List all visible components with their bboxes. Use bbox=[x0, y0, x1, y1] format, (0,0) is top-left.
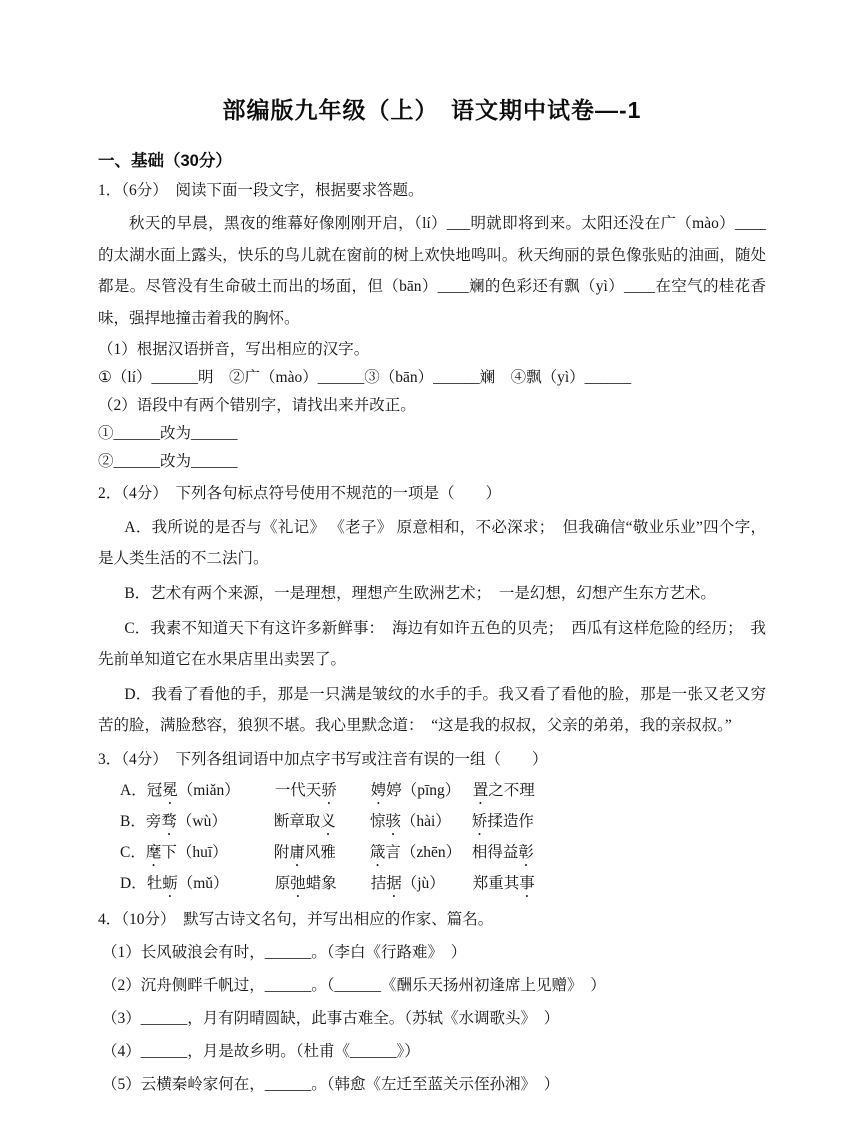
emphasis-dot-char: 置 bbox=[473, 782, 489, 799]
emphasis-dot-char: 事 bbox=[519, 875, 535, 892]
q3-row-b-label: B． bbox=[120, 808, 146, 839]
exam-paper-page: 部编版九年级（上） 语文期中试卷—-1 一、基础（30分） 1．（6分） 阅读下… bbox=[0, 0, 866, 1122]
q1-passage: 秋天的早晨，黑夜的维幕好像刚刚开启，（lí）___明就即将到来。太阳还没在广（m… bbox=[98, 208, 766, 334]
q1-sub2-blank-1: ①______改为______ bbox=[98, 420, 766, 447]
q3-row-c: C． 麾下（huī） 附庸风雅 箴言（zhēn） 相得益彰 bbox=[98, 839, 766, 870]
q3-row-a: A． 冠冕（miǎn） 一代天骄 娉婷（pīng） 置之不理 bbox=[98, 777, 766, 808]
emphasis-dot-char: 据 bbox=[386, 875, 402, 892]
q3-row-a-label: A． bbox=[120, 777, 147, 808]
emphasis-dot-char: 骄 bbox=[321, 782, 337, 799]
emphasis-dot-char: 娉 bbox=[371, 782, 387, 799]
q4-item-5: （5）云横秦岭家何在，______。（韩愈《左迁至蓝关示侄孙湘》 ） bbox=[98, 1069, 766, 1101]
q3-row-c-word-3: 箴言（zhēn） bbox=[370, 839, 472, 870]
q1-sub2-prompt: （2）语段中有两个错别字，请找出来并改正。 bbox=[98, 392, 766, 419]
q3-row-d-label: D． bbox=[120, 870, 147, 901]
q3-row-c-word-4: 相得益彰 bbox=[472, 839, 534, 870]
q3-row-a-word-2: 一代天骄 bbox=[275, 777, 371, 808]
q4-item-1: （1）长风破浪会有时，______。（李白《行路难》 ） bbox=[98, 937, 766, 969]
emphasis-dot-char: 箴 bbox=[370, 844, 386, 861]
page-title: 部编版九年级（上） 语文期中试卷—-1 bbox=[98, 92, 766, 125]
q2-option-a: A．我所说的是否与《礼记》 《老子》 原意相和，不必深求； 但我确信“敬业乐业”… bbox=[98, 512, 766, 574]
emphasis-dot-char: 义 bbox=[320, 813, 336, 830]
emphasis-dot-char: 冕 bbox=[162, 782, 178, 799]
q1-sub1-prompt: （1）根据汉语拼音，写出相应的汉字。 bbox=[98, 336, 766, 363]
q3-stem: 3．（4分） 下列各组词语中加点字书写或注音有误的一组（ ） bbox=[98, 746, 766, 774]
emphasis-dot-char: 彰 bbox=[518, 844, 534, 861]
q3-row-d-word-1: 牡蛎（mǔ） bbox=[147, 870, 275, 901]
q3-row-b-word-1: 旁骛（wù） bbox=[146, 808, 274, 839]
q3-row-b-word-2: 断章取义 bbox=[274, 808, 370, 839]
emphasis-dot-char: 蛎 bbox=[162, 875, 178, 892]
emphasis-dot-char: 麾 bbox=[146, 844, 162, 861]
q1-sub2-blank-2: ②______改为______ bbox=[98, 448, 766, 475]
q2-option-d: D．我看了看他的手，那是一只满是皱纹的水手的手。我又看了看他的脸，那是一张又老又… bbox=[98, 679, 766, 741]
q3-row-d-word-2: 原弛蜡象 bbox=[275, 870, 371, 901]
q1-sub1-blanks: ①（lí）______明 ②广（mào）______③（bān）______斓 … bbox=[98, 364, 766, 391]
q3-row-b-word-3: 惊骇（hài） bbox=[370, 808, 472, 839]
emphasis-dot-char: 弛 bbox=[290, 875, 306, 892]
q2-stem: 2．（4分） 下列各句标点符号使用不规范的一项是（ ） bbox=[98, 480, 766, 508]
q3-row-d-word-3: 拮据（jù） bbox=[371, 870, 473, 901]
q3-row-d: D． 牡蛎（mǔ） 原弛蜡象 拮据（jù） 郑重其事 bbox=[98, 870, 766, 901]
q4-item-3: （3）______，月有阴晴圆缺，此事古难全。（苏轼《水调歌头》 ） bbox=[98, 1003, 766, 1035]
emphasis-dot-char: 矫 bbox=[472, 813, 488, 830]
q2-option-c: C．我素不知道天下有这许多新鲜事： 海边有如许五色的贝壳； 西瓜有这样危险的经历… bbox=[98, 613, 766, 675]
emphasis-dot-char: 庸 bbox=[289, 844, 305, 861]
q1-stem: 1．（6分） 阅读下面一段文字，根据要求答题。 bbox=[98, 177, 766, 205]
q3-row-a-word-1: 冠冕（miǎn） bbox=[147, 777, 275, 808]
section-heading-basics: 一、基础（30分） bbox=[98, 147, 766, 171]
q3-row-c-word-1: 麾下（huī） bbox=[146, 839, 274, 870]
q2-option-b: B．艺术有两个来源，一是理想，理想产生欧洲艺术； 一是幻想，幻想产生东方艺术。 bbox=[98, 578, 766, 609]
q3-row-b: B． 旁骛（wù） 断章取义 惊骇（hài） 矫揉造作 bbox=[98, 808, 766, 839]
q3-row-c-word-2: 附庸风雅 bbox=[274, 839, 370, 870]
q4-item-4: （4）______，月是故乡明。（杜甫《______》） bbox=[98, 1036, 766, 1068]
q3-row-d-word-4: 郑重其事 bbox=[473, 870, 535, 901]
q3-row-a-word-3: 娉婷（pīng） bbox=[371, 777, 473, 808]
q4-item-2: （2）沉舟侧畔千帆过，______。（______《酬乐天扬州初逢席上见赠》 ） bbox=[98, 970, 766, 1002]
emphasis-dot-char: 骛 bbox=[161, 813, 177, 830]
q4-stem: 4．（10分） 默写古诗文名句，并写出相应的作家、篇名。 bbox=[98, 906, 766, 934]
q3-row-a-word-4: 置之不理 bbox=[473, 777, 535, 808]
q3-row-c-label: C． bbox=[120, 839, 146, 870]
emphasis-dot-char: 骇 bbox=[385, 813, 401, 830]
q3-row-b-word-4: 矫揉造作 bbox=[472, 808, 534, 839]
